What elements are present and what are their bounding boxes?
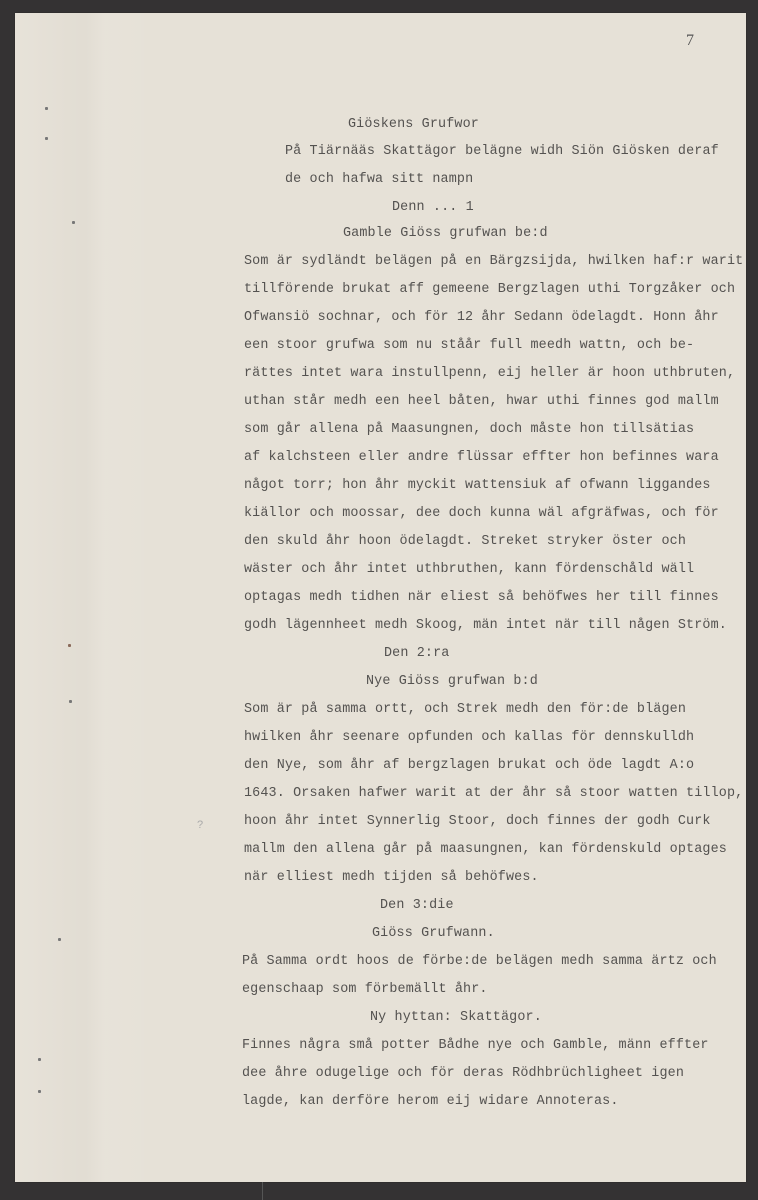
text-line: egenschaap som förbemällt åhr. xyxy=(242,982,488,998)
margin-dot xyxy=(58,938,61,941)
margin-dot xyxy=(45,137,48,140)
text-line: tillförende brukat aff gemeene Bergzlage… xyxy=(244,282,735,298)
text-line: På Tiärnääs Skattägor belägne widh Siön … xyxy=(285,144,719,160)
text-line: de och hafwa sitt nampn xyxy=(285,172,473,188)
text-line: den Nye, som åhr af bergzlagen brukat oc… xyxy=(244,758,694,774)
text-line: kiällor och moossar, dee doch kunna wäl … xyxy=(244,506,719,522)
text-line: 1643. Orsaken hafwer warit at der åhr så… xyxy=(244,786,743,802)
text-line: Som är sydländt belägen på en Bärgzsijda… xyxy=(244,254,743,270)
text-line: lagde, kan derföre herom eij widare Anno… xyxy=(242,1094,619,1110)
text-line: wäster och åhr intet uthbruthen, kann fö… xyxy=(244,562,694,578)
text-line: mallm den allena går på maasungnen, kan … xyxy=(244,842,727,858)
text-line: Giöss Grufwann. xyxy=(372,926,495,942)
text-line: Giöskens Grufwor xyxy=(348,117,479,133)
margin-dot xyxy=(68,644,71,647)
text-line: hoon åhr intet Synnerlig Stoor, doch fin… xyxy=(244,814,711,830)
text-line: uthan står medh een heel båten, hwar uth… xyxy=(244,394,719,410)
text-line: godh lägennheet medh Skoog, män intet nä… xyxy=(244,618,727,634)
text-line: Finnes några små potter Bådhe nye och Ga… xyxy=(242,1038,709,1054)
text-line: när elliest medh tijden så behöfwes. xyxy=(244,870,539,886)
text-line: Gamble Giöss grufwan be:d xyxy=(343,226,548,242)
text-line: af kalchsteen eller andre flüssar effter… xyxy=(244,450,719,466)
text-line: optagas medh tidhen när eliest så behöfw… xyxy=(244,590,719,606)
text-line: den skuld åhr hoon ödelagdt. Streket str… xyxy=(244,534,686,550)
margin-dot xyxy=(38,1090,41,1093)
text-line: dee åhre odugelige och för deras Rödhbrü… xyxy=(242,1066,684,1082)
margin-note: ? xyxy=(197,819,203,831)
text-line: rättes intet wara instullpenn, eij helle… xyxy=(244,366,735,382)
text-line: Ny hyttan: Skattägor. xyxy=(370,1010,542,1026)
page-number: 7 xyxy=(686,32,694,50)
text-line: Denn ... 1 xyxy=(392,200,474,216)
text-line: På Samma ordt hoos de förbe:de belägen m… xyxy=(242,954,717,970)
text-line: Ofwansiö sochnar, och för 12 åhr Sedann … xyxy=(244,310,719,326)
margin-dot xyxy=(69,700,72,703)
margin-dot xyxy=(72,221,75,224)
margin-dot xyxy=(38,1058,41,1061)
scan-edge-line xyxy=(262,1182,263,1200)
text-line: Som är på samma ortt, och Strek medh den… xyxy=(244,702,686,718)
text-line: hwilken åhr seenare opfunden och kallas … xyxy=(244,730,694,746)
text-line: Den 2:ra xyxy=(384,646,450,662)
text-line: Nye Giöss grufwan b:d xyxy=(366,674,538,690)
text-line: een stoor grufwa som nu ståår full meedh… xyxy=(244,338,694,354)
text-line: Den 3:die xyxy=(380,898,454,914)
text-line: som går allena på Maasungnen, doch måste… xyxy=(244,422,694,438)
text-line: något torr; hon åhr myckit wattensiuk af… xyxy=(244,478,711,494)
margin-dot xyxy=(45,107,48,110)
